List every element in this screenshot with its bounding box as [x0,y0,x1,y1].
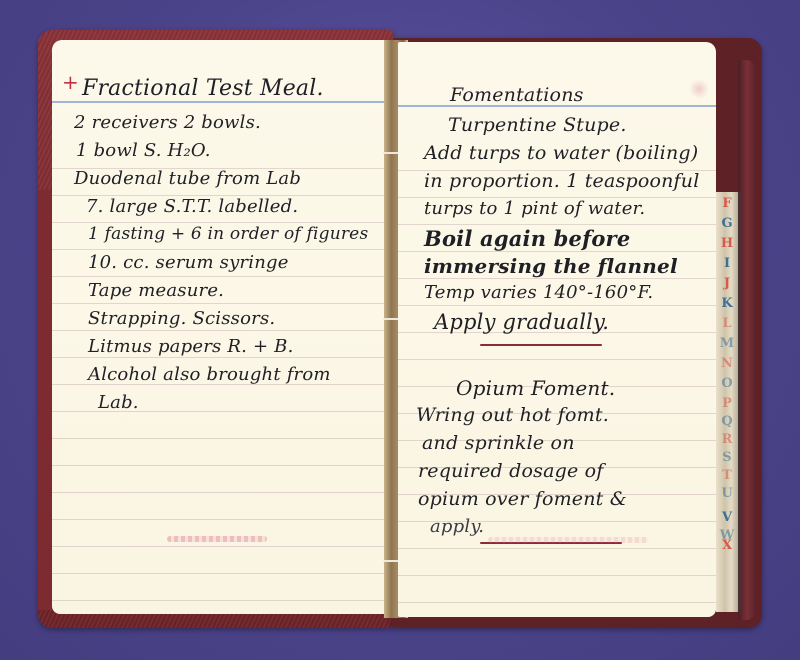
note-line: required dosage of [418,460,604,482]
ink-smudge [167,536,267,542]
note-line: Alcohol also brought from [88,364,331,385]
alphabet-index-tabs: F G H I J K L M N O P Q R S T U V W X [716,192,741,612]
index-tab-letter[interactable]: Q [716,414,738,429]
ink-spot [688,80,710,98]
index-tab-letter[interactable]: S [716,450,738,465]
right-page: Fomentations Turpentine Stupe. Add turps… [398,42,716,617]
page-title: Fractional Test Meal. [82,76,324,101]
notebook-photo: + Fractional Test Meal. 2 receivers 2 bo… [0,0,800,660]
index-tab-letter[interactable]: U [716,486,738,501]
note-line: Litmus papers R. + B. [88,336,294,357]
note-line: 7. large S.T.T. labelled. [86,196,298,217]
note-line: Temp varies 140°-160°F. [424,282,653,303]
note-line: Turpentine Stupe. [448,114,627,136]
note-line: 2 receivers 2 bowls. [74,112,261,133]
index-tab-letter[interactable]: J [716,276,738,291]
index-tab-letter[interactable]: G [716,216,738,231]
index-tab-letter[interactable]: R [716,432,738,447]
note-line: opium over foment & [418,488,627,510]
section-title: Opium Foment. [456,376,615,400]
left-page: + Fractional Test Meal. 2 receivers 2 bo… [52,40,388,614]
index-tab-letter[interactable]: O [716,376,738,391]
cross-mark: + [62,70,79,94]
index-tab-letter[interactable]: I [716,256,738,271]
note-line: in proportion. 1 teaspoonful [424,170,700,192]
index-tab-letter[interactable]: X [716,538,738,553]
section-underline [480,344,602,346]
note-line: apply. [430,516,484,537]
page-title: Fomentations [450,84,584,106]
note-line: Lab. [98,392,139,413]
note-line: Wring out hot fomt. [416,404,609,426]
note-line: 1 bowl S. H₂O. [76,140,211,161]
header-rule [52,101,388,103]
index-tab-letter[interactable]: F [716,196,738,211]
index-tab-letter[interactable]: M [716,336,738,351]
index-tab-letter[interactable]: H [716,236,738,251]
note-line: Add turps to water (boiling) [424,142,698,164]
note-line: Strapping. Scissors. [88,308,275,329]
note-line: immersing the flannel [424,254,678,278]
note-line: Tape measure. [88,280,224,301]
index-tab-letter[interactable]: P [716,396,738,411]
index-tab-letter[interactable]: K [716,296,738,311]
note-line: Duodenal tube from Lab [74,168,301,189]
index-tab-letter[interactable]: L [716,316,738,331]
note-line: 10. cc. serum syringe [88,252,289,273]
note-line: turps to 1 pint of water. [424,198,645,219]
ink-smudge [488,537,648,543]
index-tab-letter[interactable]: T [716,468,738,483]
index-tab-letter[interactable]: V [716,510,738,525]
note-line: 1 fasting + 6 in order of figures [88,224,368,244]
note-line: and sprinkle on [422,432,575,454]
index-tab-letter[interactable]: N [716,356,738,371]
note-line: Apply gradually. [434,310,609,334]
note-line: Boil again before [424,226,630,251]
